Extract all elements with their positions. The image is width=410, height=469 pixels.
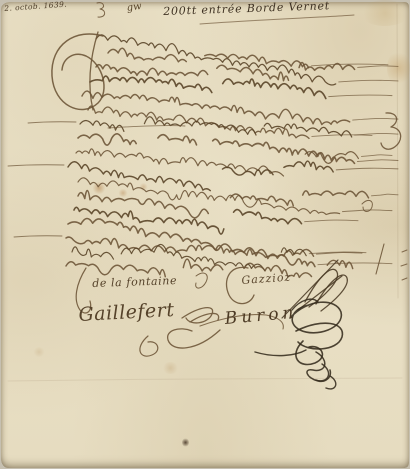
ink-stroke xyxy=(8,165,64,166)
ink-stroke xyxy=(358,66,398,68)
ink-stroke xyxy=(361,155,392,157)
ink-stroke xyxy=(8,378,402,381)
ink-stroke xyxy=(182,308,219,323)
ink-stroke xyxy=(371,194,398,196)
ink-stroke xyxy=(28,122,76,123)
ink-stroke xyxy=(168,329,220,348)
ink-stroke xyxy=(68,218,315,266)
ink-stroke xyxy=(82,91,350,124)
ink-stroke xyxy=(296,323,342,349)
ink-stroke xyxy=(397,4,398,298)
manuscript-scan: 2. octob. 1639. gw 200tt entrée Borde Ve… xyxy=(0,0,410,469)
ink-stroke xyxy=(78,178,340,215)
ink-stroke xyxy=(52,34,104,109)
ink-stroke xyxy=(68,161,333,191)
ink-stroke xyxy=(97,3,105,17)
ink-stroke xyxy=(307,352,330,381)
ink-stroke xyxy=(357,160,398,162)
ink-stroke xyxy=(316,364,336,389)
ink-stroke xyxy=(353,118,398,120)
handwriting-layer xyxy=(0,0,410,469)
ink-stroke xyxy=(78,134,355,164)
ink-stroke xyxy=(329,95,392,97)
ink-stroke xyxy=(196,273,208,288)
ink-stroke xyxy=(255,350,306,356)
ink-stroke xyxy=(355,133,398,135)
ink-stroke xyxy=(401,250,407,280)
ink-stroke xyxy=(200,15,354,24)
ink-stroke xyxy=(305,220,358,222)
ink-stroke xyxy=(376,244,384,274)
ink-stroke xyxy=(90,32,98,110)
ink-stroke xyxy=(14,236,62,237)
ink-stroke xyxy=(336,168,398,170)
ink-stroke xyxy=(72,244,306,270)
ink-stroke xyxy=(339,80,398,82)
monogram: gw xyxy=(126,1,142,14)
ink-stroke xyxy=(140,336,158,356)
